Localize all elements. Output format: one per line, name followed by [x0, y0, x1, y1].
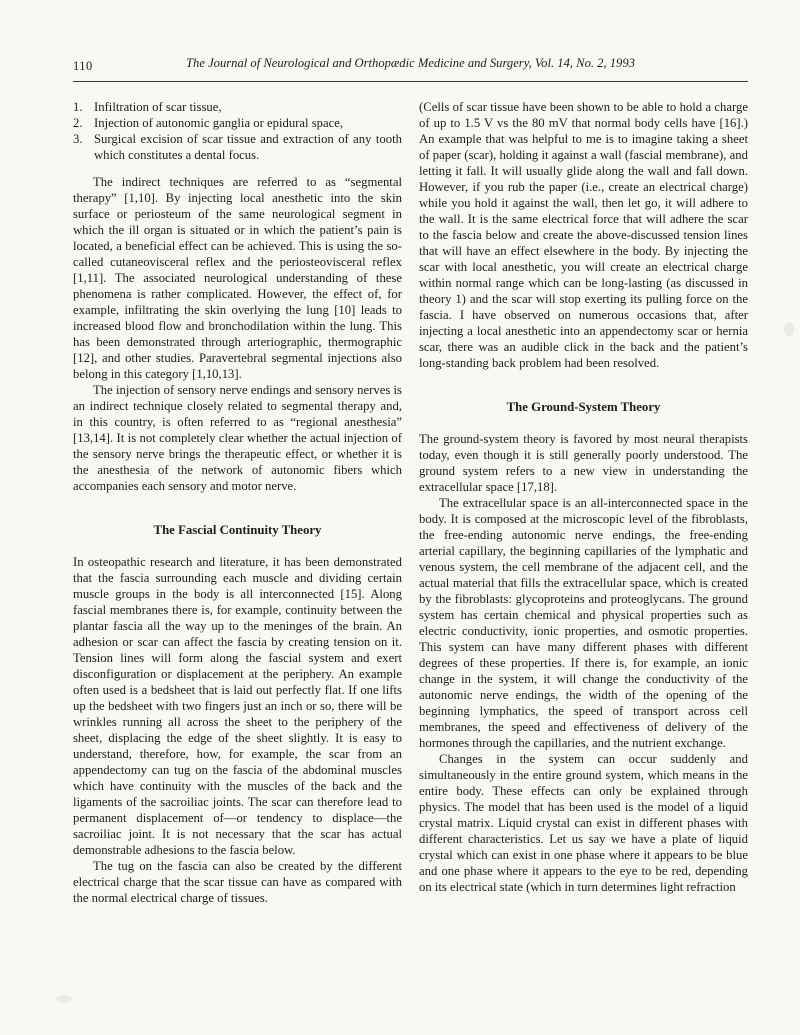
two-column-text: 1. Infiltration of scar tissue, 2. Injec… [73, 99, 748, 906]
right-column: (Cells of scar tissue have been shown to… [419, 99, 748, 906]
list-item-text: Surgical excision of scar tissue and ext… [94, 131, 402, 163]
paragraph-indirect-techniques: The indirect techniques are referred to … [73, 174, 402, 382]
section-heading-ground-system: The Ground-System Theory [419, 399, 748, 415]
page-number: 110 [73, 59, 93, 74]
paragraph-tug-on-fascia: The tug on the fascia can also be create… [73, 858, 402, 906]
header-rule [73, 81, 748, 82]
list-item: 2. Injection of autonomic ganglia or epi… [73, 115, 402, 131]
section-heading-fascial-continuity: The Fascial Continuity Theory [73, 522, 402, 538]
paragraph-sensory-nerves: The injection of sensory nerve endings a… [73, 382, 402, 494]
list-item-number: 3. [73, 131, 94, 163]
numbered-list: 1. Infiltration of scar tissue, 2. Injec… [73, 99, 402, 163]
paragraph-extracellular-space: The extracellular space is an all-interc… [419, 495, 748, 751]
paragraph-changes-in-system: Changes in the system can occur suddenly… [419, 751, 748, 895]
list-item: 3. Surgical excision of scar tissue and … [73, 131, 402, 163]
list-item-number: 2. [73, 115, 94, 131]
left-column: 1. Infiltration of scar tissue, 2. Injec… [73, 99, 402, 906]
paragraph-scar-cells-charge: (Cells of scar tissue have been shown to… [419, 99, 748, 371]
list-item-text: Injection of autonomic ganglia or epidur… [94, 115, 402, 131]
list-item: 1. Infiltration of scar tissue, [73, 99, 402, 115]
journal-scan-page: 110 The Journal of Neurological and Orth… [0, 0, 800, 1035]
page-header: 110 The Journal of Neurological and Orth… [73, 0, 748, 74]
list-item-text: Infiltration of scar tissue, [94, 99, 402, 115]
journal-title-line: The Journal of Neurological and Orthopæd… [73, 56, 748, 71]
list-item-number: 1. [73, 99, 94, 115]
scan-smudge [56, 995, 72, 1003]
scan-smudge [784, 322, 794, 336]
paragraph-osteopathic: In osteopathic research and literature, … [73, 554, 402, 858]
paragraph-ground-system-intro: The ground-system theory is favored by m… [419, 431, 748, 495]
